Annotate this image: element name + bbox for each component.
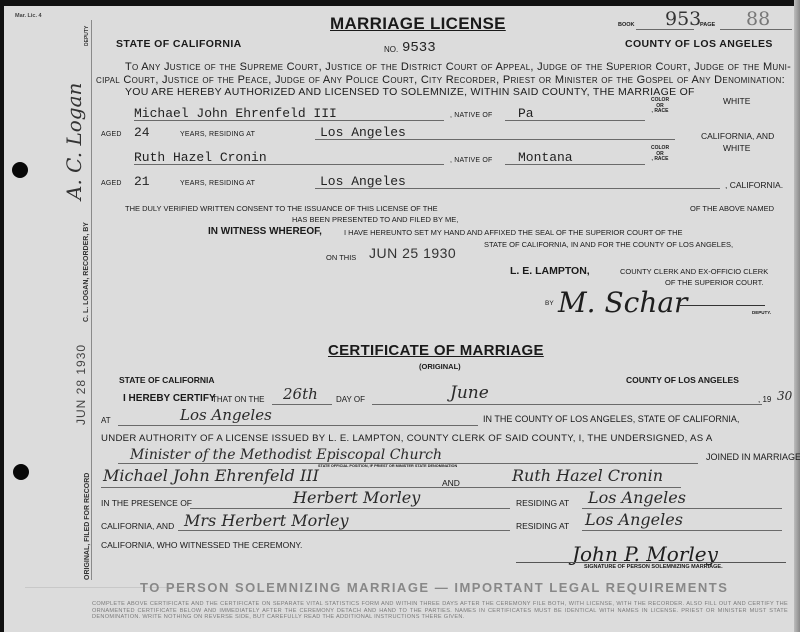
groom-residence: Los Angeles: [320, 125, 406, 140]
deputy-label: DEPUTY.: [752, 310, 771, 315]
book-number: 953: [665, 8, 701, 30]
license-title: MARRIAGE LICENSE: [330, 14, 506, 34]
at-label: AT: [101, 416, 111, 425]
bride-california: , CALIFORNIA.: [725, 180, 783, 190]
page-label: PAGE: [700, 22, 715, 28]
groom-aged-label: AGED: [101, 131, 122, 138]
certificate-bride: Ruth Hazel Cronin: [512, 466, 663, 485]
recorder-signature: A. C. Logan: [62, 83, 86, 200]
page-edge-shadow: [794, 0, 800, 632]
officiant-position: Minister of the Methodist Episcopal Chur…: [130, 447, 442, 463]
page-number: 88: [746, 8, 770, 30]
certificate-state: STATE OF CALIFORNIA: [119, 375, 215, 385]
bride-native-label: , NATIVE OF: [450, 157, 493, 164]
recorder-label: C. L. LOGAN, RECORDER, BY: [83, 222, 90, 322]
year-prefix: , 19: [758, 395, 771, 404]
license-preamble-line3: YOU ARE HEREBY AUTHORIZED AND LICENSED T…: [125, 86, 695, 98]
certify-bold: I HEREBY CERTIFY: [123, 393, 216, 404]
marriage-day: 26th: [283, 385, 318, 403]
in-witness-whereof: IN WITNESS WHEREOF,: [208, 226, 322, 237]
certificate-groom: Michael John Ehrenfeld III: [103, 466, 319, 485]
legal-requirements-heading: TO PERSON SOLEMNIZING MARRIAGE — IMPORTA…: [140, 580, 728, 595]
issue-date-stamp: JUN 25 1930: [369, 245, 456, 261]
bride-name: Ruth Hazel Cronin: [134, 150, 267, 165]
witness-2-name: Mrs Herbert Morley: [184, 511, 349, 530]
signature-label: SIGNATURE OF PERSON SOLEMNIZING MARRIAGE…: [584, 564, 723, 570]
legal-fine-print: COMPLETE ABOVE CERTIFICATE AND THE CERTI…: [92, 601, 788, 621]
deputy-signature: M. Schar: [558, 286, 687, 319]
license-preamble-line2: cipal Court, Justice of the Peace, Judge…: [96, 74, 785, 86]
punch-hole-top: [12, 162, 28, 178]
groom-native-label: , NATIVE OF: [450, 112, 493, 119]
witness-1-residence: Los Angeles: [588, 488, 686, 507]
license-number: 9533: [402, 40, 436, 56]
groom-native-of: Pa: [518, 106, 534, 121]
authority-text: UNDER AUTHORITY OF A LICENSE ISSUED BY L…: [101, 433, 713, 444]
marriage-place: Los Angeles: [180, 406, 272, 424]
groom-name: Michael John Ehrenfeld III: [134, 106, 337, 121]
witness-2-residing-label: RESIDING AT: [516, 521, 569, 531]
day-of-label: DAY OF: [336, 395, 365, 404]
witnessed-ceremony-label: CALIFORNIA, WHO WITNESSED THE CEREMONY.: [101, 540, 302, 550]
groom-color-race-label: COLOROR, RACE: [651, 98, 669, 115]
by-label: BY: [545, 300, 554, 307]
witness-1-name: Herbert Morley: [293, 488, 420, 507]
license-state: STATE OF CALIFORNIA: [116, 38, 242, 50]
form-id: Mar. Lic. 4: [15, 13, 42, 19]
bride-residing-label: YEARS, RESIDING AT: [180, 180, 255, 187]
certificate-title: CERTIFICATE OF MARRIAGE: [328, 342, 544, 359]
consent-text-1: THE DULY VERIFIED WRITTEN CONSENT TO THE…: [125, 204, 438, 213]
consent-text-3: HAS BEEN PRESENTED TO AND FILED BY ME,: [292, 215, 458, 224]
marriage-year: 30: [777, 389, 792, 403]
california-and-label: CALIFORNIA, AND: [101, 521, 174, 531]
bride-age: 21: [134, 174, 150, 189]
consent-text-2: OF THE ABOVE NAMED: [690, 204, 774, 213]
presence-label: IN THE PRESENCE OF: [101, 498, 192, 508]
groom-age: 24: [134, 125, 150, 140]
on-this-label: ON THIS: [326, 253, 356, 262]
license-county: COUNTY OF LOS ANGELES: [625, 38, 773, 50]
place-suffix: IN THE COUNTY OF LOS ANGELES, STATE OF C…: [483, 414, 739, 424]
bride-race: WHITE: [723, 143, 750, 153]
position-caption: STATE OFFICIAL POSITION, IF PRIEST OR MI…: [318, 464, 457, 468]
filed-date-stamp: JUN 28 1930: [74, 344, 88, 425]
license-preamble-line1: To Any Justice of the Supreme Court, Jus…: [125, 61, 791, 73]
groom-race: WHITE: [723, 96, 750, 106]
book-label: BOOK: [618, 22, 635, 28]
and-label: AND: [442, 478, 460, 488]
license-number-label: NO.: [384, 45, 398, 54]
groom-california-and: CALIFORNIA, AND: [701, 131, 774, 141]
margin-deputy-label: DEPUTY: [84, 26, 90, 46]
joined-in-marriage-label: JOINED IN MARRIAGE: [706, 452, 800, 462]
witness-2-residence: Los Angeles: [585, 510, 683, 529]
bride-color-race-label: COLOROR, RACE: [651, 146, 669, 163]
groom-residing-label: YEARS, RESIDING AT: [180, 131, 255, 138]
certificate-subtitle: (ORIGINAL): [419, 362, 461, 371]
punch-hole-bottom: [13, 464, 29, 480]
clerk-name: L. E. LAMPTON,: [510, 265, 590, 277]
margin-rule: [91, 20, 92, 580]
certify-text: THAT ON THE: [212, 395, 264, 404]
clerk-title-1: COUNTY CLERK AND EX-OFFICIO CLERK: [620, 267, 768, 276]
certificate-county: COUNTY OF LOS ANGELES: [626, 375, 739, 385]
marriage-month: June: [450, 383, 489, 403]
bride-residence: Los Angeles: [320, 174, 406, 189]
filed-for-record-label: ORIGINAL, FILED FOR RECORD: [84, 473, 91, 580]
witness-text-1: I HAVE HEREUNTO SET MY HAND AND AFFIXED …: [344, 228, 683, 237]
witness-1-residing-label: RESIDING AT: [516, 498, 569, 508]
bride-aged-label: AGED: [101, 180, 122, 187]
bride-native-of: Montana: [518, 150, 573, 165]
witness-text-2: STATE OF CALIFORNIA, IN AND FOR THE COUN…: [484, 240, 733, 249]
marriage-license-document: [4, 6, 800, 632]
